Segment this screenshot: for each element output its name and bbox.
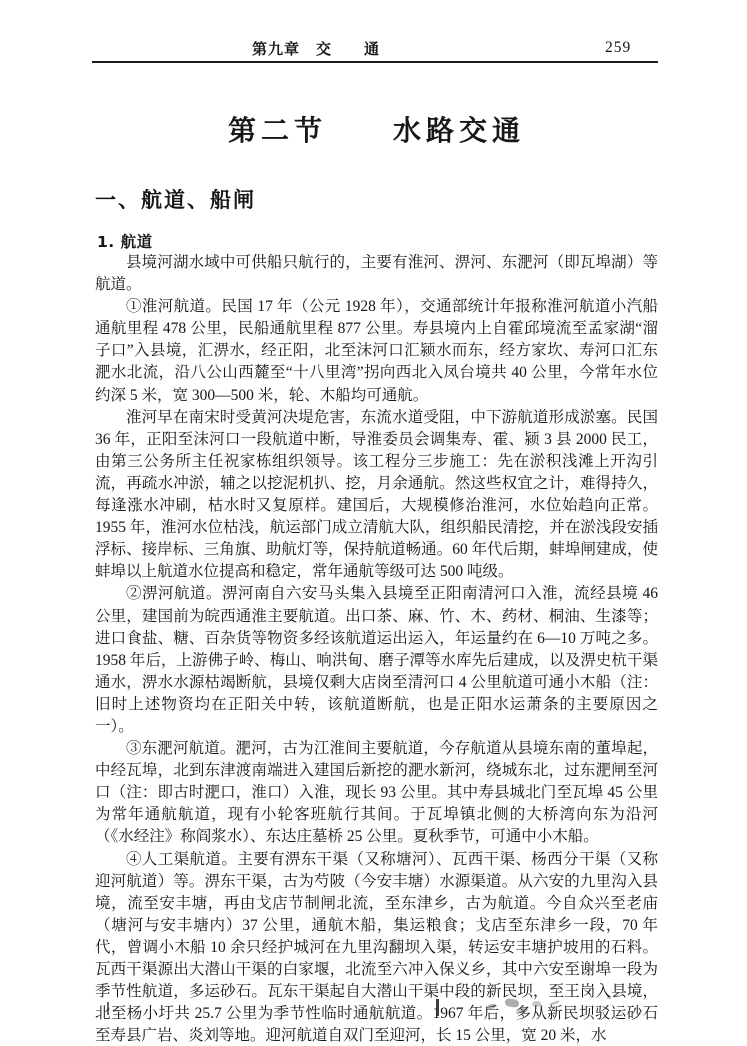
book-page: 第九章 交 通 259 第二节 水路交通 一、航道、船闸 1. 航道 县境河湖水… [0,0,747,1046]
scan-artifact [288,994,290,996]
scan-artifact [107,1002,109,1015]
scan-artifact [436,999,439,1016]
page-number: 259 [605,39,631,57]
paragraph-dongfeihe-channel: ③东淝河航道。淝河，古为江淮间主要航道，今存航道从县境东南的董埠起，中经瓦埠，北… [95,738,658,848]
running-header-chapter: 第九章 交 通 [252,38,380,59]
paragraph-intro: 县境河湖水域中可供船只航行的，主要有淮河、淠河、东淝河（即瓦埠湖）等航道。 [95,252,658,296]
scan-artifact [532,1001,541,1007]
paragraph-pihe-channel: ②淠河航道。淠河南自六安马头集入县境至正阳南清河口入淮，流经县境 46 公里，建… [95,583,658,738]
section-title: 第二节 水路交通 [95,109,658,149]
paragraph-canal-channels: ④人工渠航道。主要有淠东干渠（又称塘河）、瓦西干渠、杨西分干渠（又称迎河航道）等… [95,849,658,1046]
subsection-heading: 一、航道、船闸 [95,184,256,214]
numbered-heading: 1. 航道 [97,230,153,252]
scan-artifact [338,995,340,997]
body-text-block: 县境河湖水域中可供船只航行的，主要有淮河、淠河、东淝河（即瓦埠湖）等航道。 ①淮… [95,252,658,1046]
header-rule [92,61,658,63]
paragraph-huaihe-history: 淮河早在南宋时受黄河决堤危害，东流水道受阻，中下游航道形成淤塞。民国 36 年，… [95,407,658,584]
paragraph-huaihe-channel: ①淮河航道。民国 17 年（公元 1928 年），交通部统计年报称淮河航道小汽船… [95,296,658,406]
